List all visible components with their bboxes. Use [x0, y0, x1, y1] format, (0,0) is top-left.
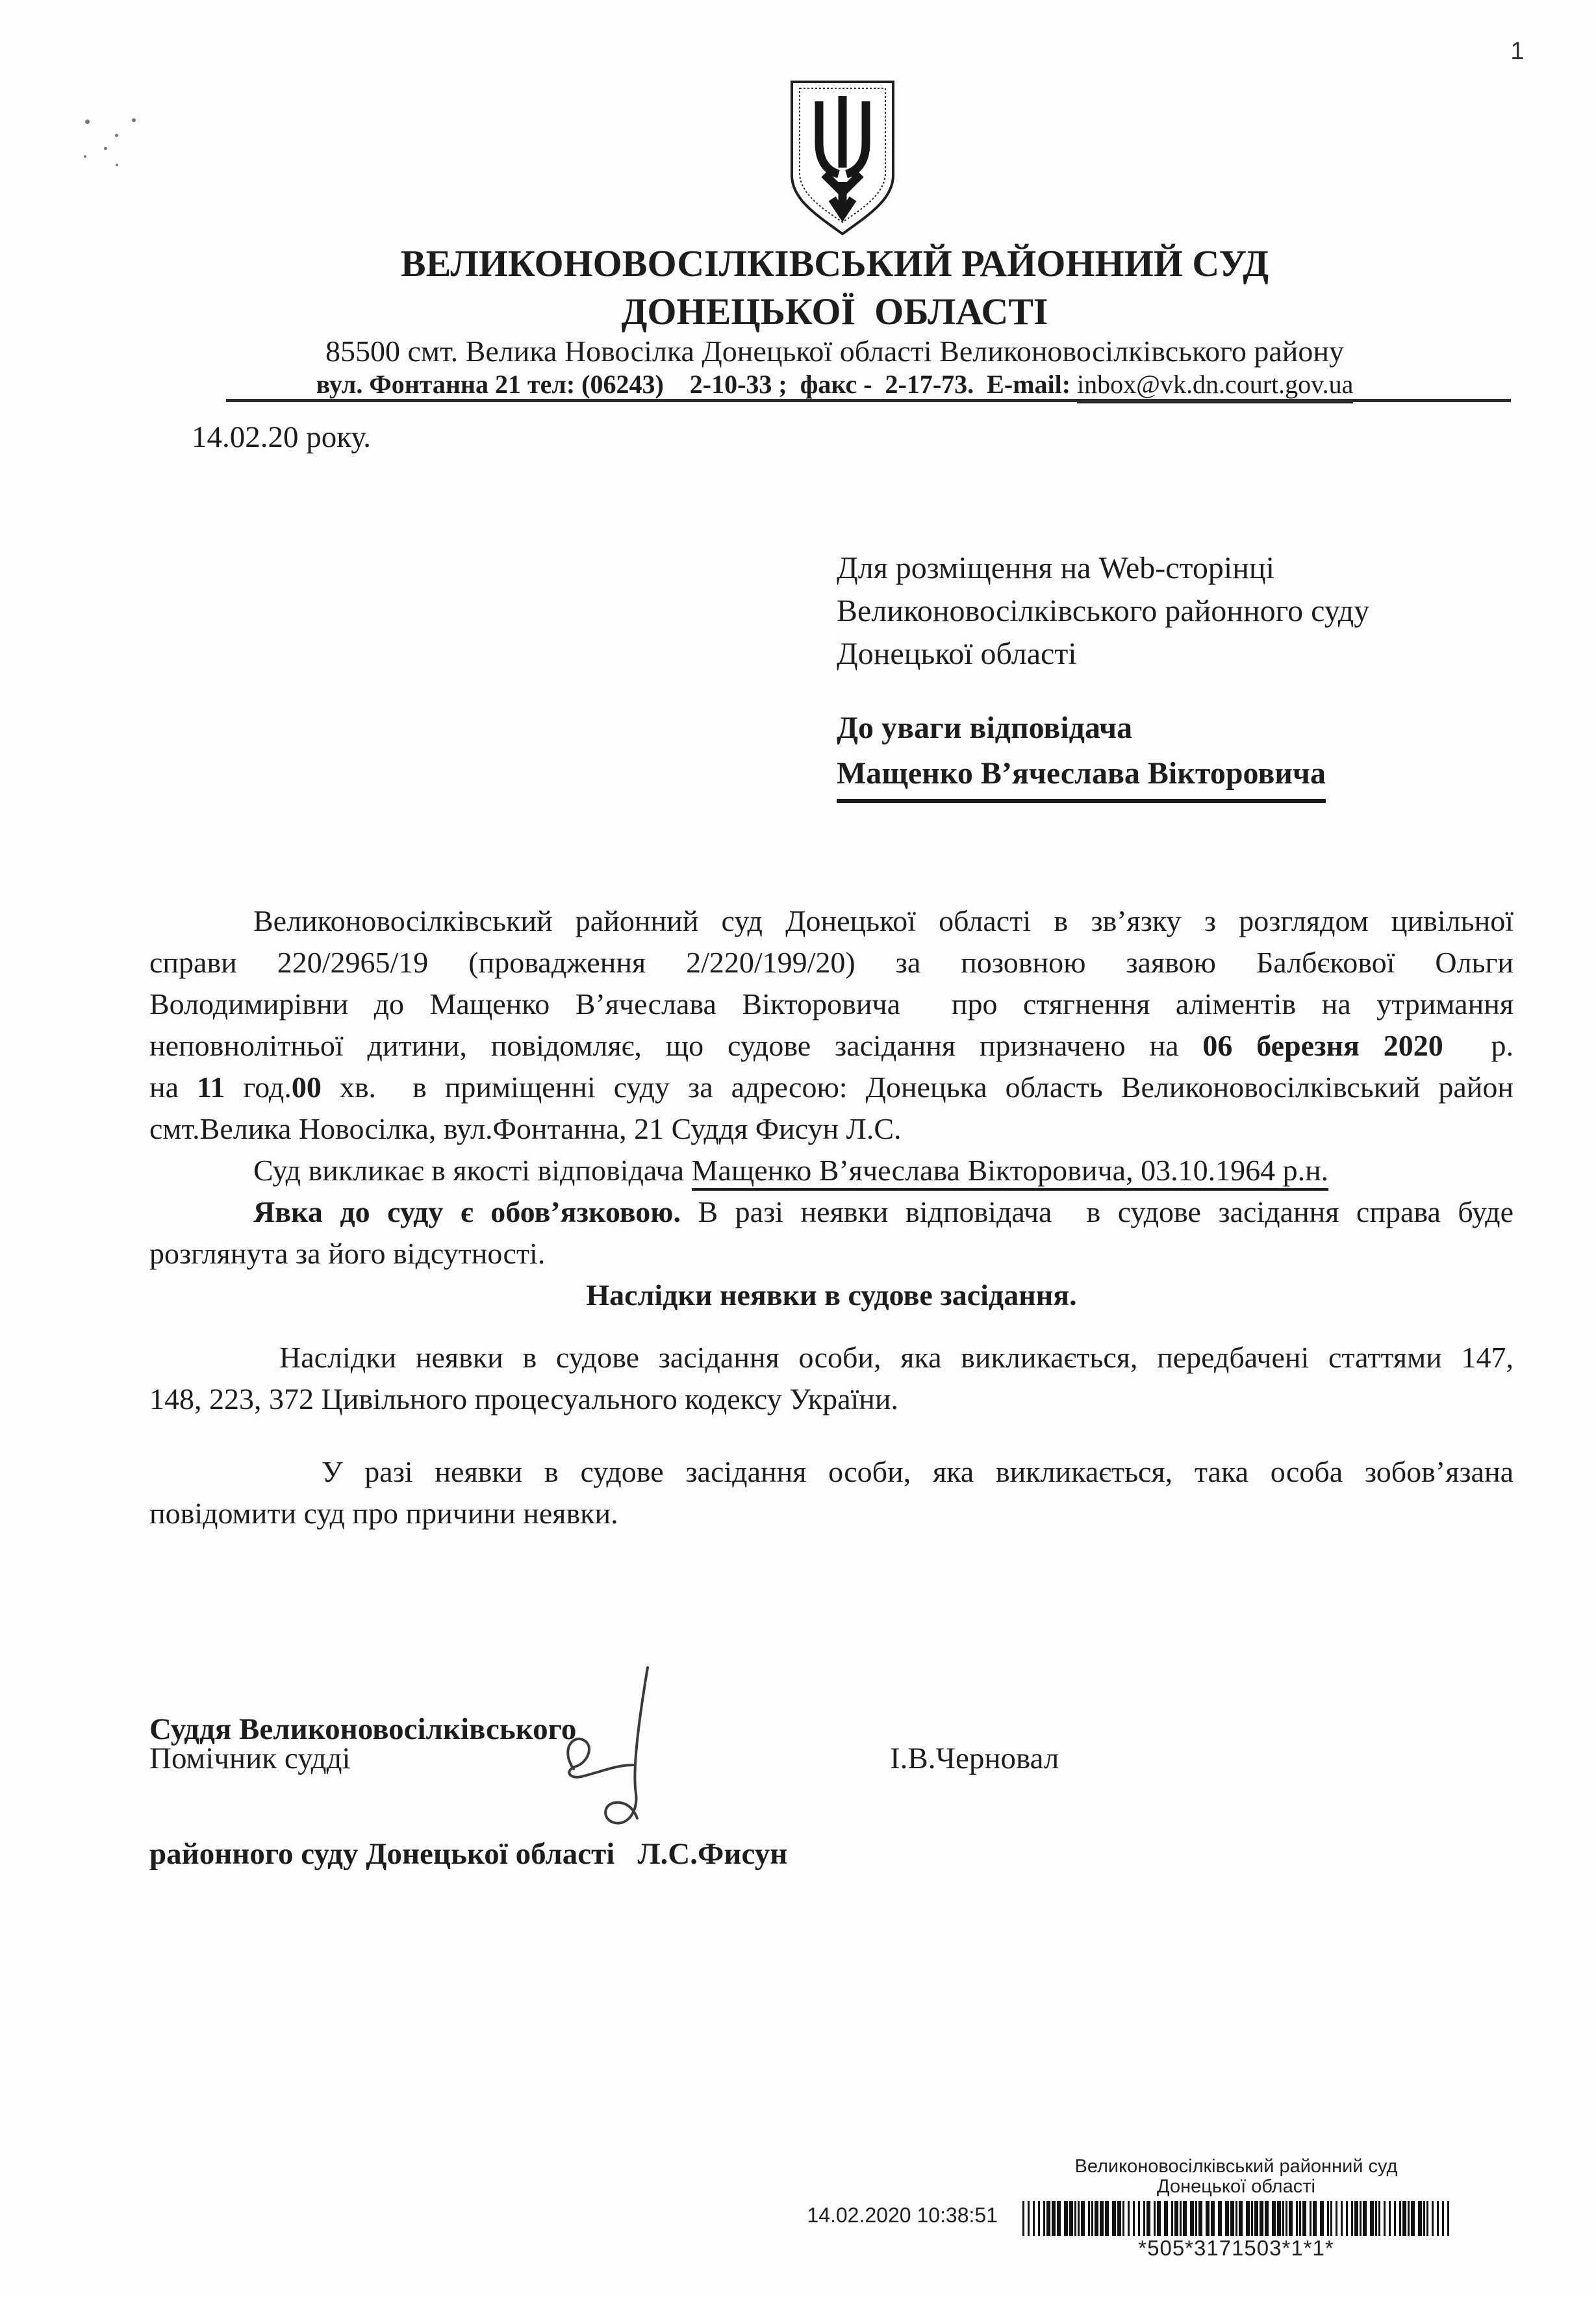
- text-segment: р.: [1443, 1029, 1514, 1062]
- text-segment: 148, 223, 372 Цивільного процесуального …: [149, 1382, 898, 1415]
- text-segment: смт.Велика Новосілка, вул.Фонтанна, 21 С…: [149, 1112, 902, 1145]
- text-segment: справи 220/2965/19 (провадження 2/220/19…: [149, 946, 1514, 979]
- text-segment: год.: [225, 1071, 292, 1104]
- text-segment: У разі неявки в судове засідання особи, …: [322, 1455, 1514, 1488]
- scanned-court-letter-page: 1 ВЕЛИКОНОВОСІЛКІВСЬКИЙ РАЙОННИЙ СУД ДОН…: [0, 0, 1596, 2297]
- text-line: повідомити суд про причини неявки.: [149, 1493, 1514, 1534]
- barcode-space: [1449, 2201, 1450, 2236]
- attention-block: До уваги відповідача Мащенко В’ячеслава …: [837, 705, 1326, 803]
- scan-speckle: [115, 134, 118, 137]
- text-segment: повідомити суд про причини неявки.: [149, 1497, 618, 1530]
- header-divider-rule: [226, 399, 1511, 402]
- footer-timestamp: 14.02.2020 10:38:51: [741, 2203, 998, 2227]
- obligation-paragraph: У разі неявки в судове засідання особи, …: [149, 1451, 1514, 1534]
- consequences-paragraph: Наслідки неявки в судове засідання особи…: [149, 1337, 1514, 1420]
- assistant-row: Помічник судді І.В.Черновал: [149, 1741, 1514, 1776]
- barcode: [1004, 2201, 1469, 2236]
- text-segment: на: [149, 1071, 197, 1104]
- barcode-caption: *505*3171503*1*1*: [1004, 2238, 1469, 2258]
- list-line: Великоновосілківського районного суду: [837, 590, 1369, 633]
- assistant-label: Помічник судді: [149, 1742, 351, 1775]
- text-segment: В разі неявки відповідача в судове засід…: [681, 1195, 1514, 1228]
- attention-name: Мащенко В’ячеслава Вікторовича: [837, 751, 1326, 803]
- text-line: на 11 год.00 хв. в приміщенні суду за ад…: [149, 1067, 1514, 1108]
- text-line: справи 220/2965/19 (провадження 2/220/19…: [149, 942, 1514, 984]
- body-text: Великоновосілківський районний суд Донец…: [149, 900, 1514, 1534]
- text-segment: Суд викликає в якості відповідача: [253, 1154, 692, 1187]
- text-segment: Мащенко В’ячеслава Вікторовича, 03.10.19…: [692, 1154, 1329, 1191]
- text-segment: 11: [197, 1071, 225, 1104]
- text-line: неповнолітньої дитини, повідомляє, що су…: [149, 1025, 1514, 1067]
- text-line: смт.Велика Новосілка, вул.Фонтанна, 21 С…: [149, 1108, 1514, 1150]
- list-line: Донецької області: [837, 633, 1369, 676]
- text-line: Великоновосілківський районний суд Донец…: [149, 900, 1514, 942]
- text-segment: 00: [292, 1071, 322, 1104]
- text-line: Володимирівни до Мащенко В’ячеслава Вікт…: [149, 984, 1514, 1025]
- text-segment: розглянута за його відсутності.: [149, 1237, 545, 1270]
- scan-speckle: [116, 164, 118, 166]
- ukraine-tryzub-coat-of-arms-icon: [785, 78, 900, 240]
- text-segment: 06 березня 2020: [1202, 1029, 1443, 1062]
- text-line: Наслідки неявки в судове засідання особи…: [149, 1337, 1514, 1378]
- text-line: Явка до суду є обов’язковою. В разі неяв…: [149, 1191, 1514, 1233]
- text-segment: неповнолітньої дитини, повідомляє, що су…: [149, 1029, 1202, 1062]
- page-number: 1: [1498, 38, 1537, 66]
- scan-speckle: [84, 155, 86, 158]
- scan-speckle: [85, 120, 90, 124]
- recipient-block: Для розміщення на Web-сторінціВеликоново…: [837, 547, 1369, 676]
- court-contact: вул. Фонтанна 21 тел: (06243) 2-10-33 ; …: [78, 369, 1591, 400]
- text-segment: Великоновосілківський районний суд Донец…: [253, 904, 1514, 937]
- court-address: 85500 смт. Велика Новосілка Донецької об…: [78, 334, 1591, 368]
- text-line: 148, 223, 372 Цивільного процесуального …: [149, 1378, 1514, 1420]
- court-title: ВЕЛИКОНОВОСІЛКІВСЬКИЙ РАЙОННИЙ СУД: [78, 242, 1591, 285]
- text-segment: Наслідки неявки в судове засідання особи…: [279, 1341, 1514, 1374]
- contact-text: вул. Фонтанна 21 тел: (06243) 2-10-33 ; …: [316, 370, 1077, 399]
- list-line: Великоновосілківський районний суд: [1004, 2157, 1469, 2177]
- text-segment: Володимирівни до Мащенко В’ячеслава Вікт…: [149, 987, 1514, 1021]
- notice-heading: Наслідки неявки в судове засідання.: [149, 1275, 1514, 1316]
- footer-barcode-block: Великоновосілківський районний судДонець…: [1004, 2157, 1469, 2258]
- attention-label: До уваги відповідача: [837, 705, 1326, 751]
- list-line: Для розміщення на Web-сторінці: [837, 547, 1369, 590]
- document-date: 14.02.20 року.: [192, 420, 371, 455]
- scan-speckle: [132, 118, 136, 122]
- assistant-name: І.В.Черновал: [890, 1741, 1059, 1776]
- text-line: розглянута за його відсутності.: [149, 1233, 1514, 1275]
- text-line: Суд викликає в якості відповідача Мащенк…: [149, 1150, 1514, 1191]
- footer-court-name: Великоновосілківський районний судДонець…: [1004, 2157, 1469, 2197]
- list-line: Донецької області: [1004, 2177, 1469, 2197]
- scan-speckle: [104, 147, 107, 150]
- text-segment: хв. в приміщенні суду за адресою: Донець…: [322, 1071, 1514, 1104]
- court-subtitle: ДОНЕЦЬКОЇ ОБЛАСТІ: [78, 290, 1591, 333]
- main-paragraph: Великоновосілківський районний суд Донец…: [149, 900, 1514, 1275]
- text-line: У разі неявки в судове засідання особи, …: [149, 1451, 1514, 1493]
- text-segment: Явка до суду є обов’язковою.: [253, 1195, 681, 1228]
